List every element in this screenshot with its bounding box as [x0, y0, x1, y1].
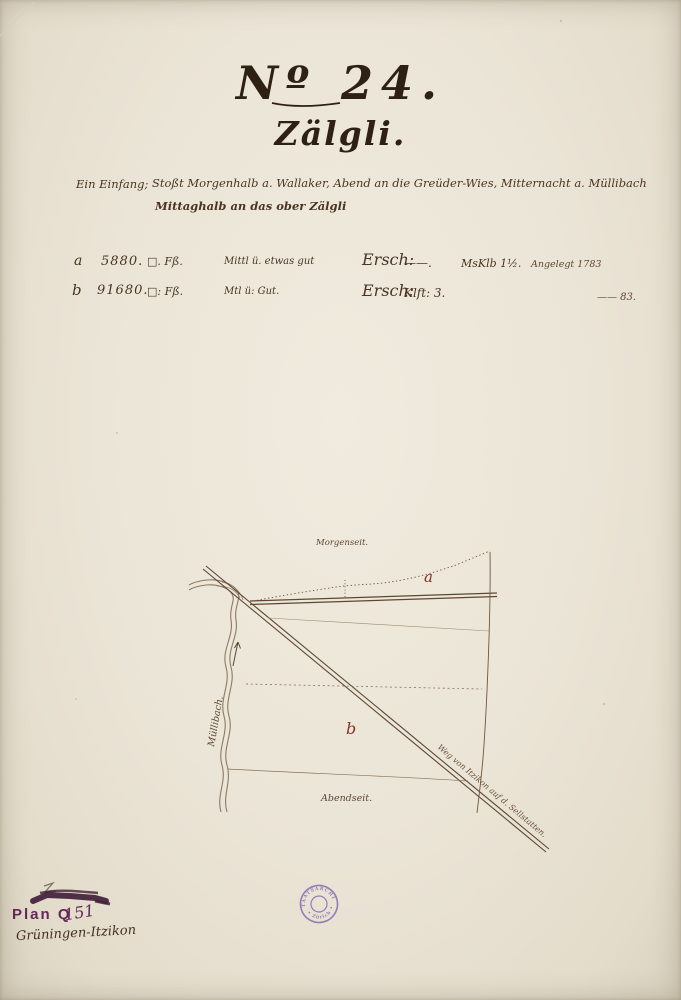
boundary-bottom [228, 769, 468, 781]
parcel-a-letter: a [424, 568, 433, 586]
map-label-road: Weg von Itzikon auf d. Sellstatten. [436, 743, 549, 840]
paper-specks [75, 20, 605, 705]
flow-arrow-icon [233, 642, 241, 666]
archive-stamp: STAATSARCHIV • Zürich • [0, 18, 341, 999]
boundary-top-dotted [253, 551, 490, 601]
parcel-b-letter: b [346, 719, 356, 738]
stamp-text-top: STAATSARCHIV [0, 19, 336, 982]
scanned-plan-page: Nº 24. Zälgli. Ein Einfang; Stoßt Morgen… [0, 0, 681, 1000]
paper-crease [0, 2, 34, 36]
cancelled-stamp-scribble [33, 883, 110, 904]
interior-line-dashed [246, 684, 482, 689]
svg-text:STAATSARCHIV: STAATSARCHIV [0, 19, 336, 982]
map-label-bottom-side: Abendseit. [320, 793, 372, 804]
road-double-line [203, 566, 549, 852]
title-underline-flourish [272, 103, 340, 106]
map-label-top-side: Morgenseit. [315, 538, 368, 548]
map-sketch: Morgenseit. a b Müllibach. Abendseit. We… [0, 0, 681, 1000]
interior-line-thin [268, 618, 489, 631]
